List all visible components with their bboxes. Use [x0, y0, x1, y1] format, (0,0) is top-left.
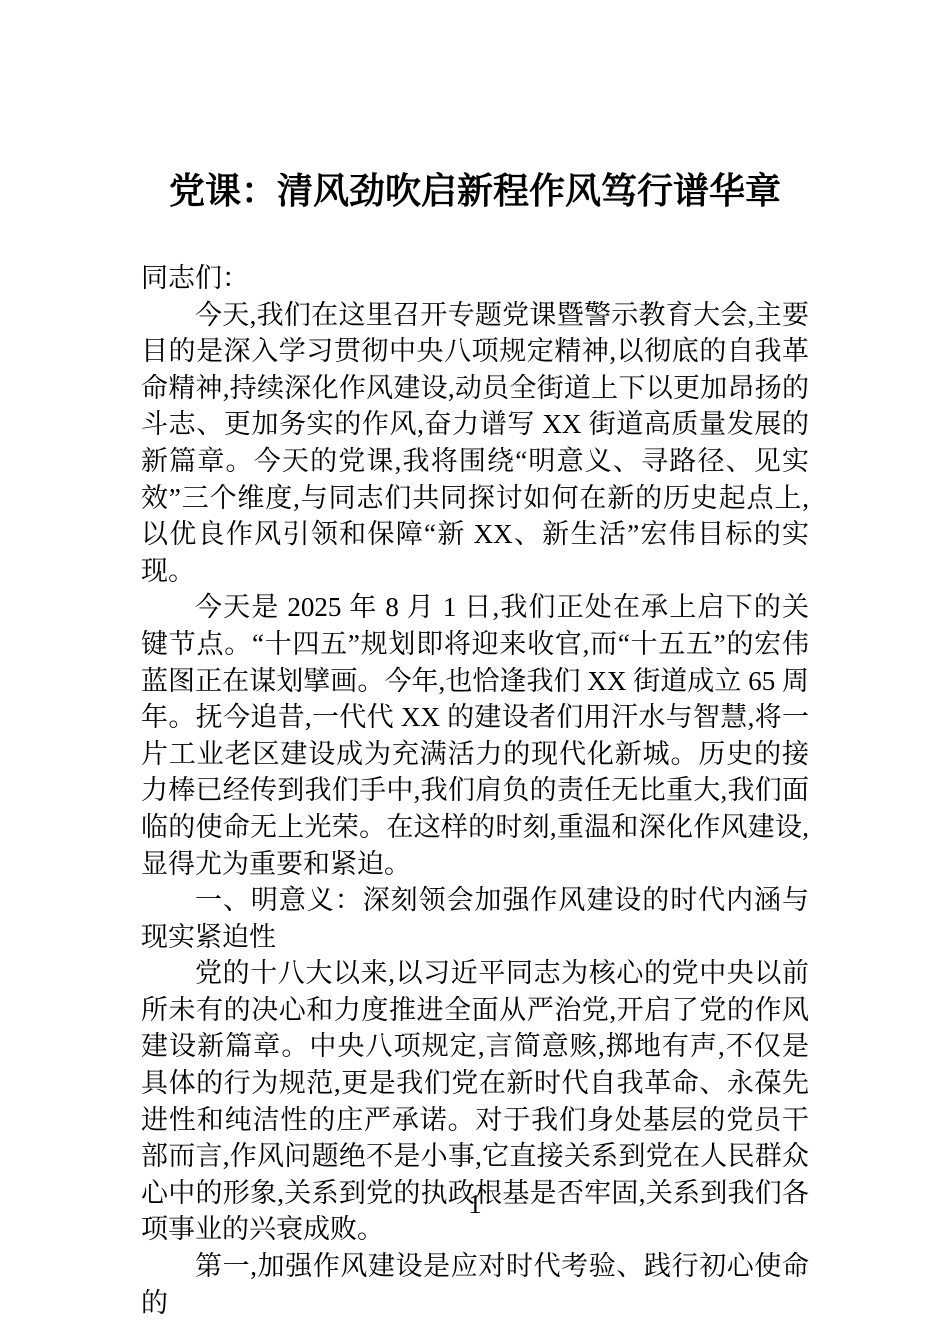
paragraph-opening: 今天,我们在这里召开专题党课暨警示教育大会,主要目的是深入学习贯彻中央八项规定精… [141, 297, 809, 590]
salutation: 同志们： [141, 260, 809, 297]
section-heading-1: 一、明意义：深刻领会加强作风建设的时代内涵与现实紧迫性 [141, 882, 809, 955]
paragraph-point-one-partial: 第一,加强作风建设是应对时代考验、践行初心使命的 [141, 1248, 809, 1321]
paragraph-context-anniversary: 今天是 2025 年 8 月 1 日,我们正处在承上启下的关键节点。“十四五”规… [141, 589, 809, 882]
document-title: 党课：清风劲吹启新程作风笃行谱华章 [140, 166, 810, 216]
page-number: 1 [468, 1189, 482, 1219]
document-body: 同志们： 今天,我们在这里召开专题党课暨警示教育大会,主要目的是深入学习贯彻中央… [141, 260, 809, 1321]
document-page: 党课：清风劲吹启新程作风笃行谱华章 同志们： 今天,我们在这里召开专题党课暨警示… [0, 0, 950, 1344]
page-footer: 1 [0, 1186, 950, 1222]
